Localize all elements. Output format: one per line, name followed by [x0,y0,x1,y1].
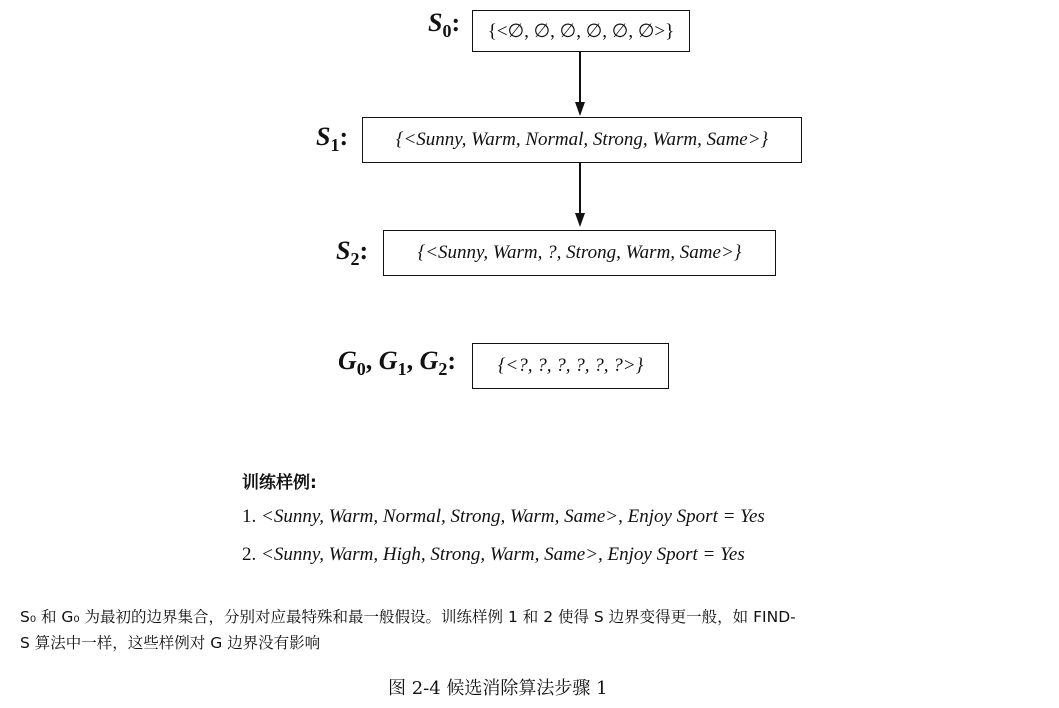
figure-title: 图 2-4 候选消除算法步骤 1 [388,674,608,700]
s1-box: {<Sunny, Warm, Normal, Strong, Warm, Sam… [362,117,802,163]
s0-set: {<∅, ∅, ∅, ∅, ∅, ∅>} [488,20,674,43]
training-example-1: 1. <Sunny, Warm, Normal, Strong, Warm, S… [242,506,765,528]
arrow-s0-s1 [579,52,581,104]
training-title: 训练样例: [242,468,317,493]
s2-box: {<Sunny, Warm, ?, Strong, Warm, Same>} [383,230,776,276]
s1-set: {<Sunny, Warm, Normal, Strong, Warm, Sam… [396,129,768,151]
s1-label: S1: [316,122,348,156]
s0-label: S0: [428,8,460,42]
training-example-2: 2. <Sunny, Warm, High, Strong, Warm, Sam… [242,544,745,566]
caption-line-2: S 算法中一样，这些样例对 G 边界没有影响 [20,630,320,656]
arrowhead-icon [575,213,585,227]
g-label: G0, G1, G2: [338,346,456,380]
caption-line-1: S₀ 和 G₀ 为最初的边界集合，分别对应最特殊和最一般假设。训练样例 1 和 … [20,604,796,630]
arrowhead-icon [575,102,585,116]
s2-set: {<Sunny, Warm, ?, Strong, Warm, Same>} [418,242,742,264]
s2-label: S2: [336,236,368,270]
s0-box: {<∅, ∅, ∅, ∅, ∅, ∅>} [472,10,690,52]
g-box: {<?, ?, ?, ?, ?, ?>} [472,343,669,389]
arrow-s1-s2 [579,163,581,215]
g-set: {<?, ?, ?, ?, ?, ?>} [498,355,643,377]
